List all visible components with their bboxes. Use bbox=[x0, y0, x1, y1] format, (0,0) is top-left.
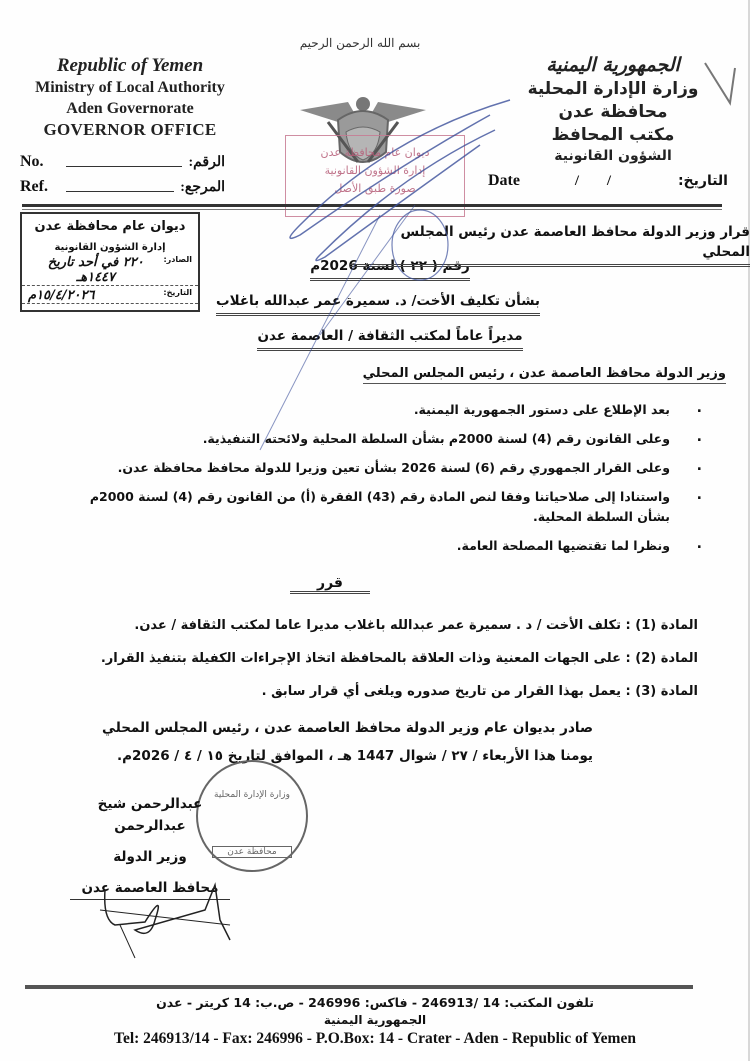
ministry-name-en: Ministry of Local Authority bbox=[10, 77, 250, 98]
document-page: Republic of Yemen Ministry of Local Auth… bbox=[0, 0, 750, 1061]
article-1: المادة (1) : تكلف الأخت / د . سميرة عمر … bbox=[48, 616, 698, 636]
decision-heading: قرر bbox=[290, 575, 370, 594]
country-name-en: Republic of Yemen bbox=[10, 55, 250, 77]
article-text: على الجهات المعنية وذات العلاقة بالمحافظ… bbox=[101, 651, 621, 666]
date-field: التاريخ: / / Date bbox=[488, 172, 728, 190]
issuer-heading: وزير الدولة محافظ العاصمة عدن ، رئيس الم… bbox=[363, 366, 726, 384]
preamble-list: بعد الإطلاع على دستور الجمهورية اليمنية.… bbox=[88, 400, 708, 565]
number-label-en: No. bbox=[20, 153, 60, 171]
number-field: No. الرقم: bbox=[20, 153, 225, 171]
issued-line-1: صادر بديوان عام وزير الدولة محافظ العاصم… bbox=[73, 717, 593, 739]
footer-country-ar: الجمهورية اليمنية bbox=[0, 1012, 750, 1028]
issued-value: ٢٢٠ في أحد تاريخ ١٤٤٧هـ bbox=[28, 255, 163, 285]
issued-line-2: يومنا هذا الأربعاء / ٢٧ / شوال 1447 هـ ،… bbox=[73, 745, 593, 767]
footer-contact-en: Tel: 246913/14 - Fax: 246996 - P.O.Box: … bbox=[0, 1028, 750, 1050]
number-blank-line bbox=[66, 166, 182, 167]
ministry-name-ar: وزارة الإدارة المحلية bbox=[498, 78, 728, 101]
article-text: يعمل بهذا القرار من تاريخ صدوره ويلغى أي… bbox=[262, 684, 621, 699]
article-3: المادة (3) : يعمل بهذا القرار من تاريخ ص… bbox=[48, 682, 698, 702]
english-letterhead: Republic of Yemen Ministry of Local Auth… bbox=[10, 55, 250, 141]
article-label: المادة (2) : bbox=[626, 651, 698, 666]
stamp-date-label: التاريخ: bbox=[163, 288, 192, 303]
article-label: المادة (3) : bbox=[626, 684, 698, 699]
preamble-item: ونظرا لما تقتضيها المصلحة العامة. bbox=[88, 536, 708, 556]
reference-label-en: Ref. bbox=[20, 178, 60, 196]
articles-list: المادة (1) : تكلف الأخت / د . سميرة عمر … bbox=[48, 616, 698, 715]
preamble-item: وعلى القرار الجمهوري رقم (6) لسنة 2026 ب… bbox=[88, 458, 708, 478]
preamble-item: بعد الإطلاع على دستور الجمهورية اليمنية. bbox=[88, 400, 708, 420]
reference-label-ar: المرجع: bbox=[180, 179, 225, 196]
article-2: المادة (2) : على الجهات المعنية وذات الع… bbox=[48, 649, 698, 669]
pen-check-mark-icon bbox=[700, 58, 740, 108]
department-name-ar: الشؤون القانونية bbox=[498, 147, 728, 165]
office-name-ar: مكتب المحافظ bbox=[498, 124, 728, 147]
reference-blank-line bbox=[66, 191, 174, 192]
stamp-date-value: ١٥/٤/٢٠٢٦م bbox=[28, 288, 94, 303]
date-blank: / / bbox=[575, 173, 623, 190]
article-text: تكلف الأخت / د . سميرة عمر عبدالله باغلا… bbox=[134, 618, 621, 633]
basmala-calligraphy: بسم الله الرحمن الرحيم bbox=[290, 36, 430, 50]
signatory-title-1: وزير الدولة bbox=[70, 846, 230, 868]
received-stamp-title: ديوان عام محافظة عدن bbox=[22, 219, 198, 234]
received-stamp-date-row: التاريخ: ١٥/٤/٢٠٢٦م bbox=[22, 288, 198, 304]
number-label-ar: الرقم: bbox=[188, 154, 225, 171]
reference-field: Ref. المرجع: bbox=[20, 178, 225, 196]
governorate-name-ar: محافظة عدن bbox=[498, 101, 728, 124]
preamble-item: واستنادا إلى صلاحياتنا وفقا لنص المادة ر… bbox=[88, 487, 708, 527]
handwritten-signature-icon bbox=[95, 880, 235, 960]
received-stamp-dept: إدارة الشؤون القانونية bbox=[22, 242, 198, 253]
article-label: المادة (1) : bbox=[626, 618, 698, 633]
preamble-item: وعلى القانون رقم (4) لسنة 2000م بشأن الس… bbox=[88, 429, 708, 449]
issued-label: الصادر: bbox=[163, 255, 192, 285]
arabic-letterhead: الجمهورية اليمنية وزارة الإدارة المحلية … bbox=[498, 52, 728, 165]
governorate-name-en: Aden Governorate bbox=[10, 98, 250, 119]
office-name-en: GOVERNOR OFFICE bbox=[10, 119, 250, 141]
country-name-ar: الجمهورية اليمنية bbox=[498, 52, 728, 78]
issued-statement: صادر بديوان عام وزير الدولة محافظ العاصم… bbox=[73, 717, 593, 767]
date-label-ar: التاريخ: bbox=[678, 173, 728, 189]
received-stamp-box: ديوان عام محافظة عدن إدارة الشؤون القانو… bbox=[20, 212, 200, 312]
footer-divider bbox=[25, 985, 693, 989]
signatory-name: عبدالرحمن شيخ عبدالرحمن bbox=[70, 793, 230, 837]
received-stamp-issued-row: الصادر: ٢٢٠ في أحد تاريخ ١٤٤٧هـ bbox=[22, 255, 198, 286]
footer-contact-ar: تلفون المكتب: 14 /246913 - فاكس: 246996 … bbox=[0, 994, 750, 1012]
letterhead-footer: تلفون المكتب: 14 /246913 - فاكس: 246996 … bbox=[0, 994, 750, 1050]
